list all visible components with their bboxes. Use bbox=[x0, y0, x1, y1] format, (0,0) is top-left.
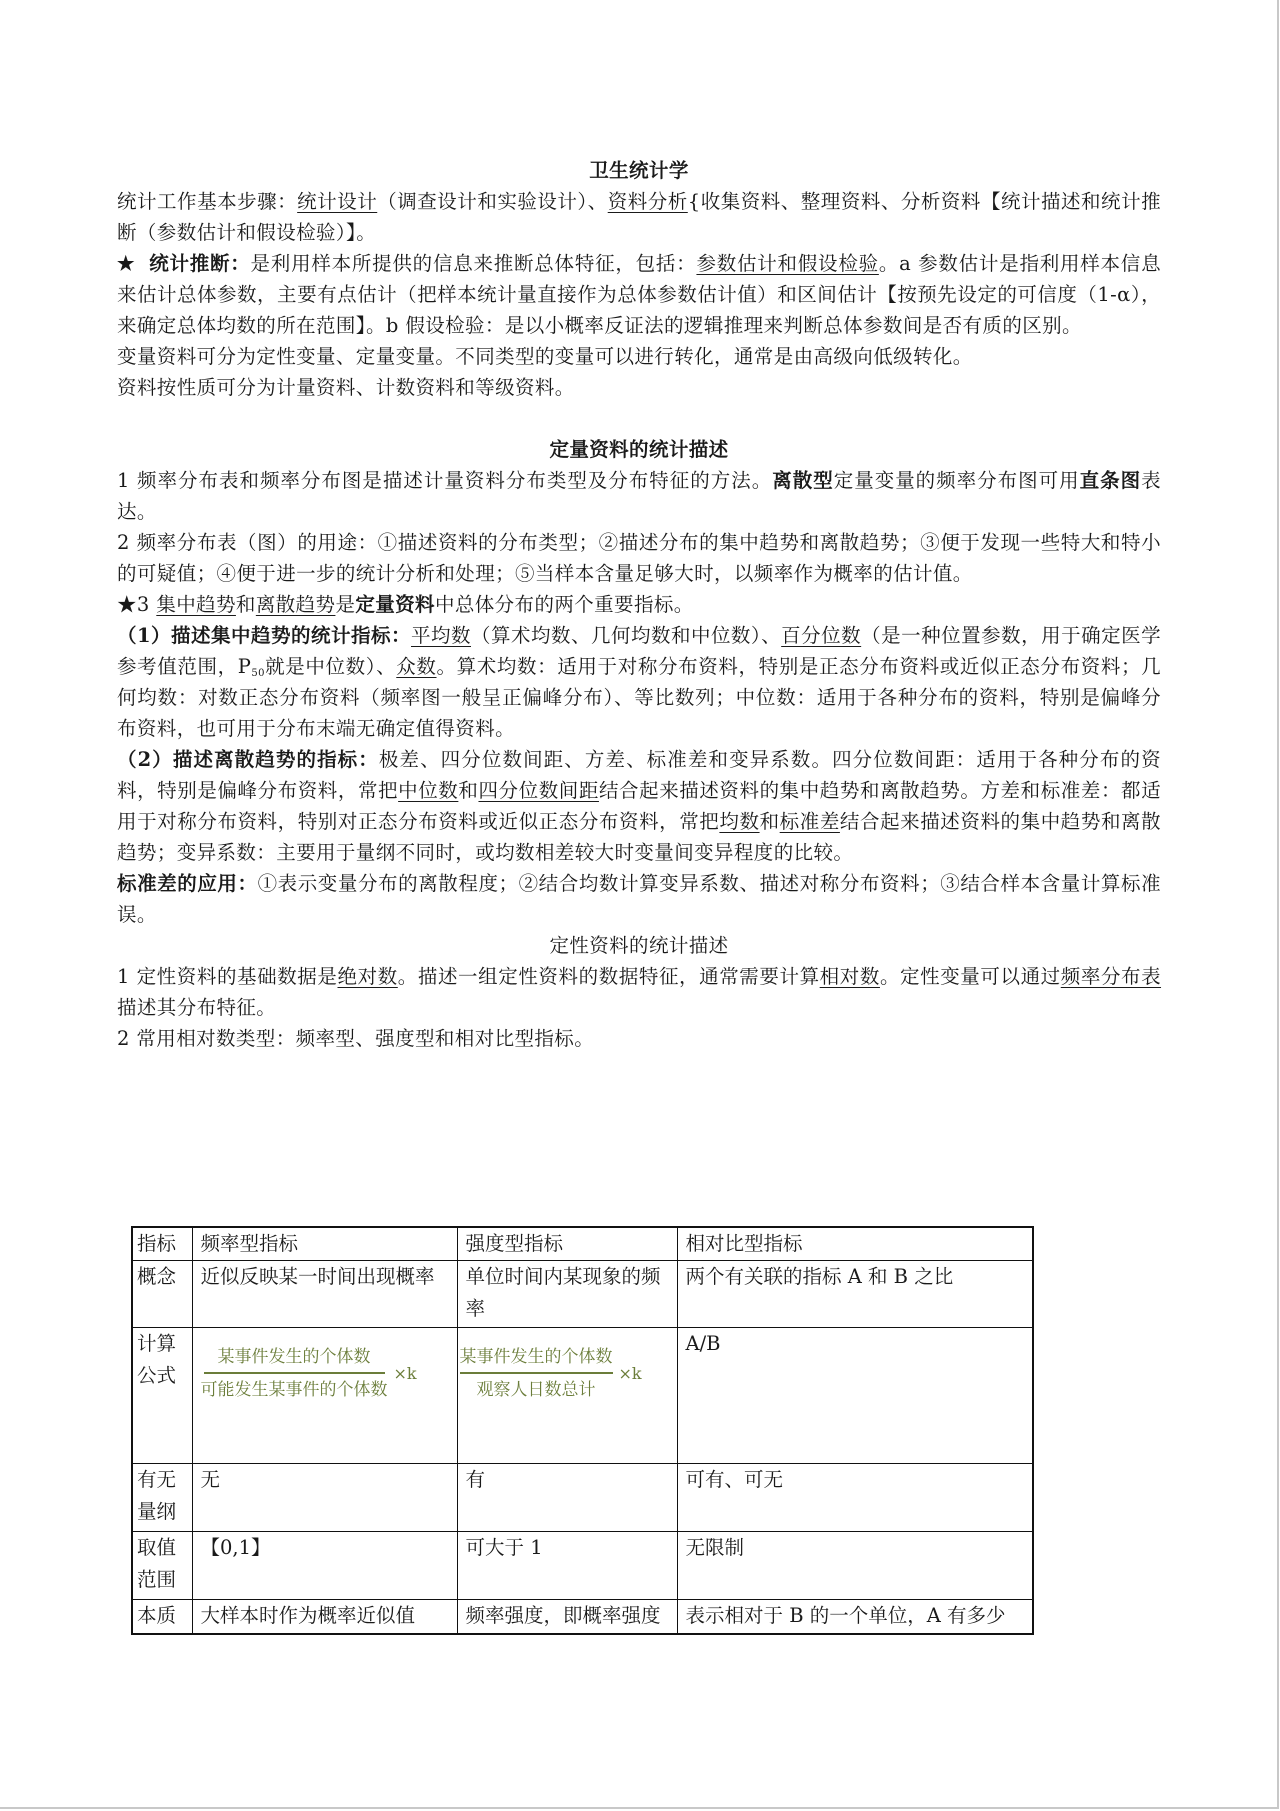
table-cell: 无 bbox=[192, 1464, 457, 1532]
nature-paragraph: 资料按性质可分为计量资料、计数资料和等级资料。 bbox=[117, 372, 1161, 403]
row-label: 计算公式 bbox=[132, 1328, 192, 1464]
inference-paragraph: ★ 统计推断：是利用样本所提供的信息来推断总体特征，包括：参数估计和假设检验。a… bbox=[117, 248, 1161, 341]
header-cell: 指标 bbox=[132, 1227, 192, 1261]
table-cell: 可大于 1 bbox=[457, 1532, 677, 1600]
dispersion-label: （2）描述离散趋势的指标： bbox=[117, 748, 379, 771]
quant-p1-text-a: 1 频率分布表和频率分布图是描述计量资料分布类型及分布特征的方法。 bbox=[117, 469, 772, 492]
formula-cell-frequency: 某事件发生的个体数 可能发生某事件的个体数 ×k bbox=[192, 1328, 457, 1464]
conj: 和 bbox=[236, 593, 256, 616]
formula-intensity: 某事件发生的个体数 观察人日数总计 ×k bbox=[460, 1344, 642, 1404]
steps-paragraph: 统计工作基本步骤：统计设计（调查设计和实验设计）、资料分析{收集资料、整理资料、… bbox=[117, 186, 1161, 248]
section-heading-qualitative: 定性资料的统计描述 bbox=[117, 930, 1161, 961]
qual-paragraph-2: 2 常用相对数类型：频率型、强度型和相对比型指标。 bbox=[117, 1023, 1161, 1054]
table-row: 概念 近似反映某一时间出现概率 单位时间内某现象的频率 两个有关联的指标 A 和… bbox=[132, 1261, 1033, 1328]
term-median: 中位数 bbox=[398, 779, 458, 802]
term-mode: 众数 bbox=[396, 655, 436, 678]
table-cell: 频率强度，即概率强度 bbox=[457, 1600, 677, 1634]
steps-prefix: 统计工作基本步骤： bbox=[117, 190, 297, 213]
inference-text-1: 是利用样本所提供的信息来推断总体特征，包括： bbox=[251, 252, 697, 275]
table-cell: 大样本时作为概率近似值 bbox=[192, 1600, 457, 1634]
term-percentile: 百分位数 bbox=[781, 624, 861, 647]
star-icon: ★ bbox=[117, 252, 135, 275]
table-cell: 无限制 bbox=[677, 1532, 1033, 1600]
denominator: 可能发生某事件的个体数 bbox=[201, 1374, 388, 1404]
variables-paragraph: 变量资料可分为定性变量、定量变量。不同类型的变量可以进行转化，通常是由高级向低级… bbox=[117, 341, 1161, 372]
fraction: 某事件发生的个体数 可能发生某事件的个体数 bbox=[201, 1344, 388, 1404]
term-stat-design: 统计设计 bbox=[297, 190, 377, 213]
steps-note-1: （调查设计和实验设计）、 bbox=[377, 190, 607, 213]
table-cell: 两个有关联的指标 A 和 B 之比 bbox=[677, 1261, 1033, 1328]
qual-p1-c: 。定性变量可以通过 bbox=[880, 965, 1061, 988]
sd-application-paragraph: 标准差的应用：①表示变量分布的离散程度；②结合均数计算变异系数、描述对称分布资料… bbox=[117, 868, 1161, 930]
quant-paragraph-3: ★3 集中趋势和离散趋势是定量资料中总体分布的两个重要指标。 bbox=[117, 589, 1161, 620]
row-label: 概念 bbox=[132, 1261, 192, 1328]
quant-p1-text-b: 定量变量的频率分布图可用 bbox=[834, 469, 1080, 492]
header-cell: 频率型指标 bbox=[192, 1227, 457, 1261]
table-cell: 【0,1】 bbox=[192, 1532, 457, 1600]
formula-cell-intensity: 某事件发生的个体数 观察人日数总计 ×k bbox=[457, 1328, 677, 1464]
header-cell: 相对比型指标 bbox=[677, 1227, 1033, 1261]
row-label: 取值范围 bbox=[132, 1532, 192, 1600]
table-row: 本质 大样本时作为概率近似值 频率强度，即概率强度 表示相对于 B 的一个单位，… bbox=[132, 1600, 1033, 1634]
term-dispersion: 离散趋势 bbox=[256, 593, 336, 616]
table-cell: A/B bbox=[677, 1328, 1033, 1464]
table-cell: 可有、可无 bbox=[677, 1464, 1033, 1532]
term-discrete: 离散型 bbox=[772, 469, 833, 492]
term-iqr: 四分位数间距 bbox=[478, 779, 598, 802]
section-heading-quantitative: 定量资料的统计描述 bbox=[117, 434, 1161, 465]
term-sd: 标准差 bbox=[780, 810, 840, 833]
row-label: 有无量纲 bbox=[132, 1464, 192, 1532]
multiplier: ×k bbox=[619, 1358, 642, 1390]
term-mean-2: 均数 bbox=[719, 810, 759, 833]
qual-p1-b: 。描述一组定性资料的数据特征，通常需要计算 bbox=[398, 965, 820, 988]
numerator: 某事件发生的个体数 bbox=[460, 1344, 613, 1374]
relative-number-table: 指标 频率型指标 强度型指标 相对比型指标 概念 近似反映某一时间出现概率 单位… bbox=[131, 1226, 1034, 1635]
document-title: 卫生统计学 bbox=[117, 155, 1161, 186]
central-text-3: 就是中位数）、 bbox=[265, 655, 396, 678]
term-frequency-table: 频率分布表 bbox=[1061, 965, 1161, 988]
subscript-50: 50 bbox=[251, 668, 265, 679]
star-number: ★3 bbox=[117, 593, 156, 616]
sd-app-label: 标准差的应用： bbox=[117, 872, 258, 895]
fraction: 某事件发生的个体数 观察人日数总计 bbox=[460, 1344, 613, 1404]
multiplier: ×k bbox=[394, 1358, 417, 1390]
table-cell: 近似反映某一时间出现概率 bbox=[192, 1261, 457, 1328]
document-body: 卫生统计学 统计工作基本步骤：统计设计（调查设计和实验设计）、资料分析{收集资料… bbox=[117, 155, 1161, 1054]
term-central-tendency: 集中趋势 bbox=[156, 593, 236, 616]
row-label: 本质 bbox=[132, 1600, 192, 1634]
table-row: 有无量纲 无 有 可有、可无 bbox=[132, 1464, 1033, 1532]
table-cell: 有 bbox=[457, 1464, 677, 1532]
inference-label: 统计推断： bbox=[149, 252, 250, 275]
table-row: 计算公式 某事件发生的个体数 可能发生某事件的个体数 ×k 某事件发生的个体数 … bbox=[132, 1328, 1033, 1464]
sd-app-text: ①表示变量分布的离散程度；②结合均数计算变异系数、描述对称分布资料；③结合样本含… bbox=[117, 872, 1161, 926]
term-relative-number: 相对数 bbox=[820, 965, 880, 988]
spacer bbox=[117, 403, 1161, 434]
central-text-1: （算术均数、几何均数和中位数）、 bbox=[471, 624, 781, 647]
term-data-analysis: 资料分析 bbox=[608, 190, 688, 213]
central-tendency-paragraph: （1）描述集中趋势的统计指标：平均数（算术均数、几何均数和中位数）、百分位数（是… bbox=[117, 620, 1161, 744]
formula-frequency: 某事件发生的个体数 可能发生某事件的个体数 ×k bbox=[201, 1344, 417, 1404]
dispersion-paragraph: （2）描述离散趋势的指标：极差、四分位数间距、方差、标准差和变异系数。四分位数间… bbox=[117, 744, 1161, 868]
conj: 和 bbox=[458, 779, 478, 802]
numerator: 某事件发生的个体数 bbox=[204, 1344, 385, 1374]
header-cell: 强度型指标 bbox=[457, 1227, 677, 1261]
quant-p3-end: 中总体分布的两个重要指标。 bbox=[435, 593, 694, 616]
table-header-row: 指标 频率型指标 强度型指标 相对比型指标 bbox=[132, 1227, 1033, 1261]
conj: 是 bbox=[335, 593, 355, 616]
qual-paragraph-1: 1 定性资料的基础数据是绝对数。描述一组定性资料的数据特征，通常需要计算相对数。… bbox=[117, 961, 1161, 1023]
term-absolute-number: 绝对数 bbox=[338, 965, 398, 988]
qual-p1-a: 1 定性资料的基础数据是 bbox=[117, 965, 338, 988]
term-mean: 平均数 bbox=[411, 624, 471, 647]
term-bar-chart: 直条图 bbox=[1080, 469, 1141, 492]
central-label: （1）描述集中趋势的统计指标： bbox=[117, 624, 411, 647]
table-cell: 单位时间内某现象的频率 bbox=[457, 1261, 677, 1328]
term-estimation-testing: 参数估计和假设检验 bbox=[696, 252, 878, 275]
term-quantitative-data: 定量资料 bbox=[355, 593, 435, 616]
quant-paragraph-2: 2 频率分布表（图）的用途：①描述资料的分布类型；②描述分布的集中趋势和离散趋势… bbox=[117, 527, 1161, 589]
table-cell: 表示相对于 B 的一个单位，A 有多少 bbox=[677, 1600, 1033, 1634]
table-row: 取值范围 【0,1】 可大于 1 无限制 bbox=[132, 1532, 1033, 1600]
denominator: 观察人日数总计 bbox=[477, 1374, 596, 1404]
quant-paragraph-1: 1 频率分布表和频率分布图是描述计量资料分布类型及分布特征的方法。离散型定量变量… bbox=[117, 465, 1161, 527]
qual-p1-d: 描述其分布特征。 bbox=[117, 996, 276, 1019]
conj: 和 bbox=[760, 810, 780, 833]
